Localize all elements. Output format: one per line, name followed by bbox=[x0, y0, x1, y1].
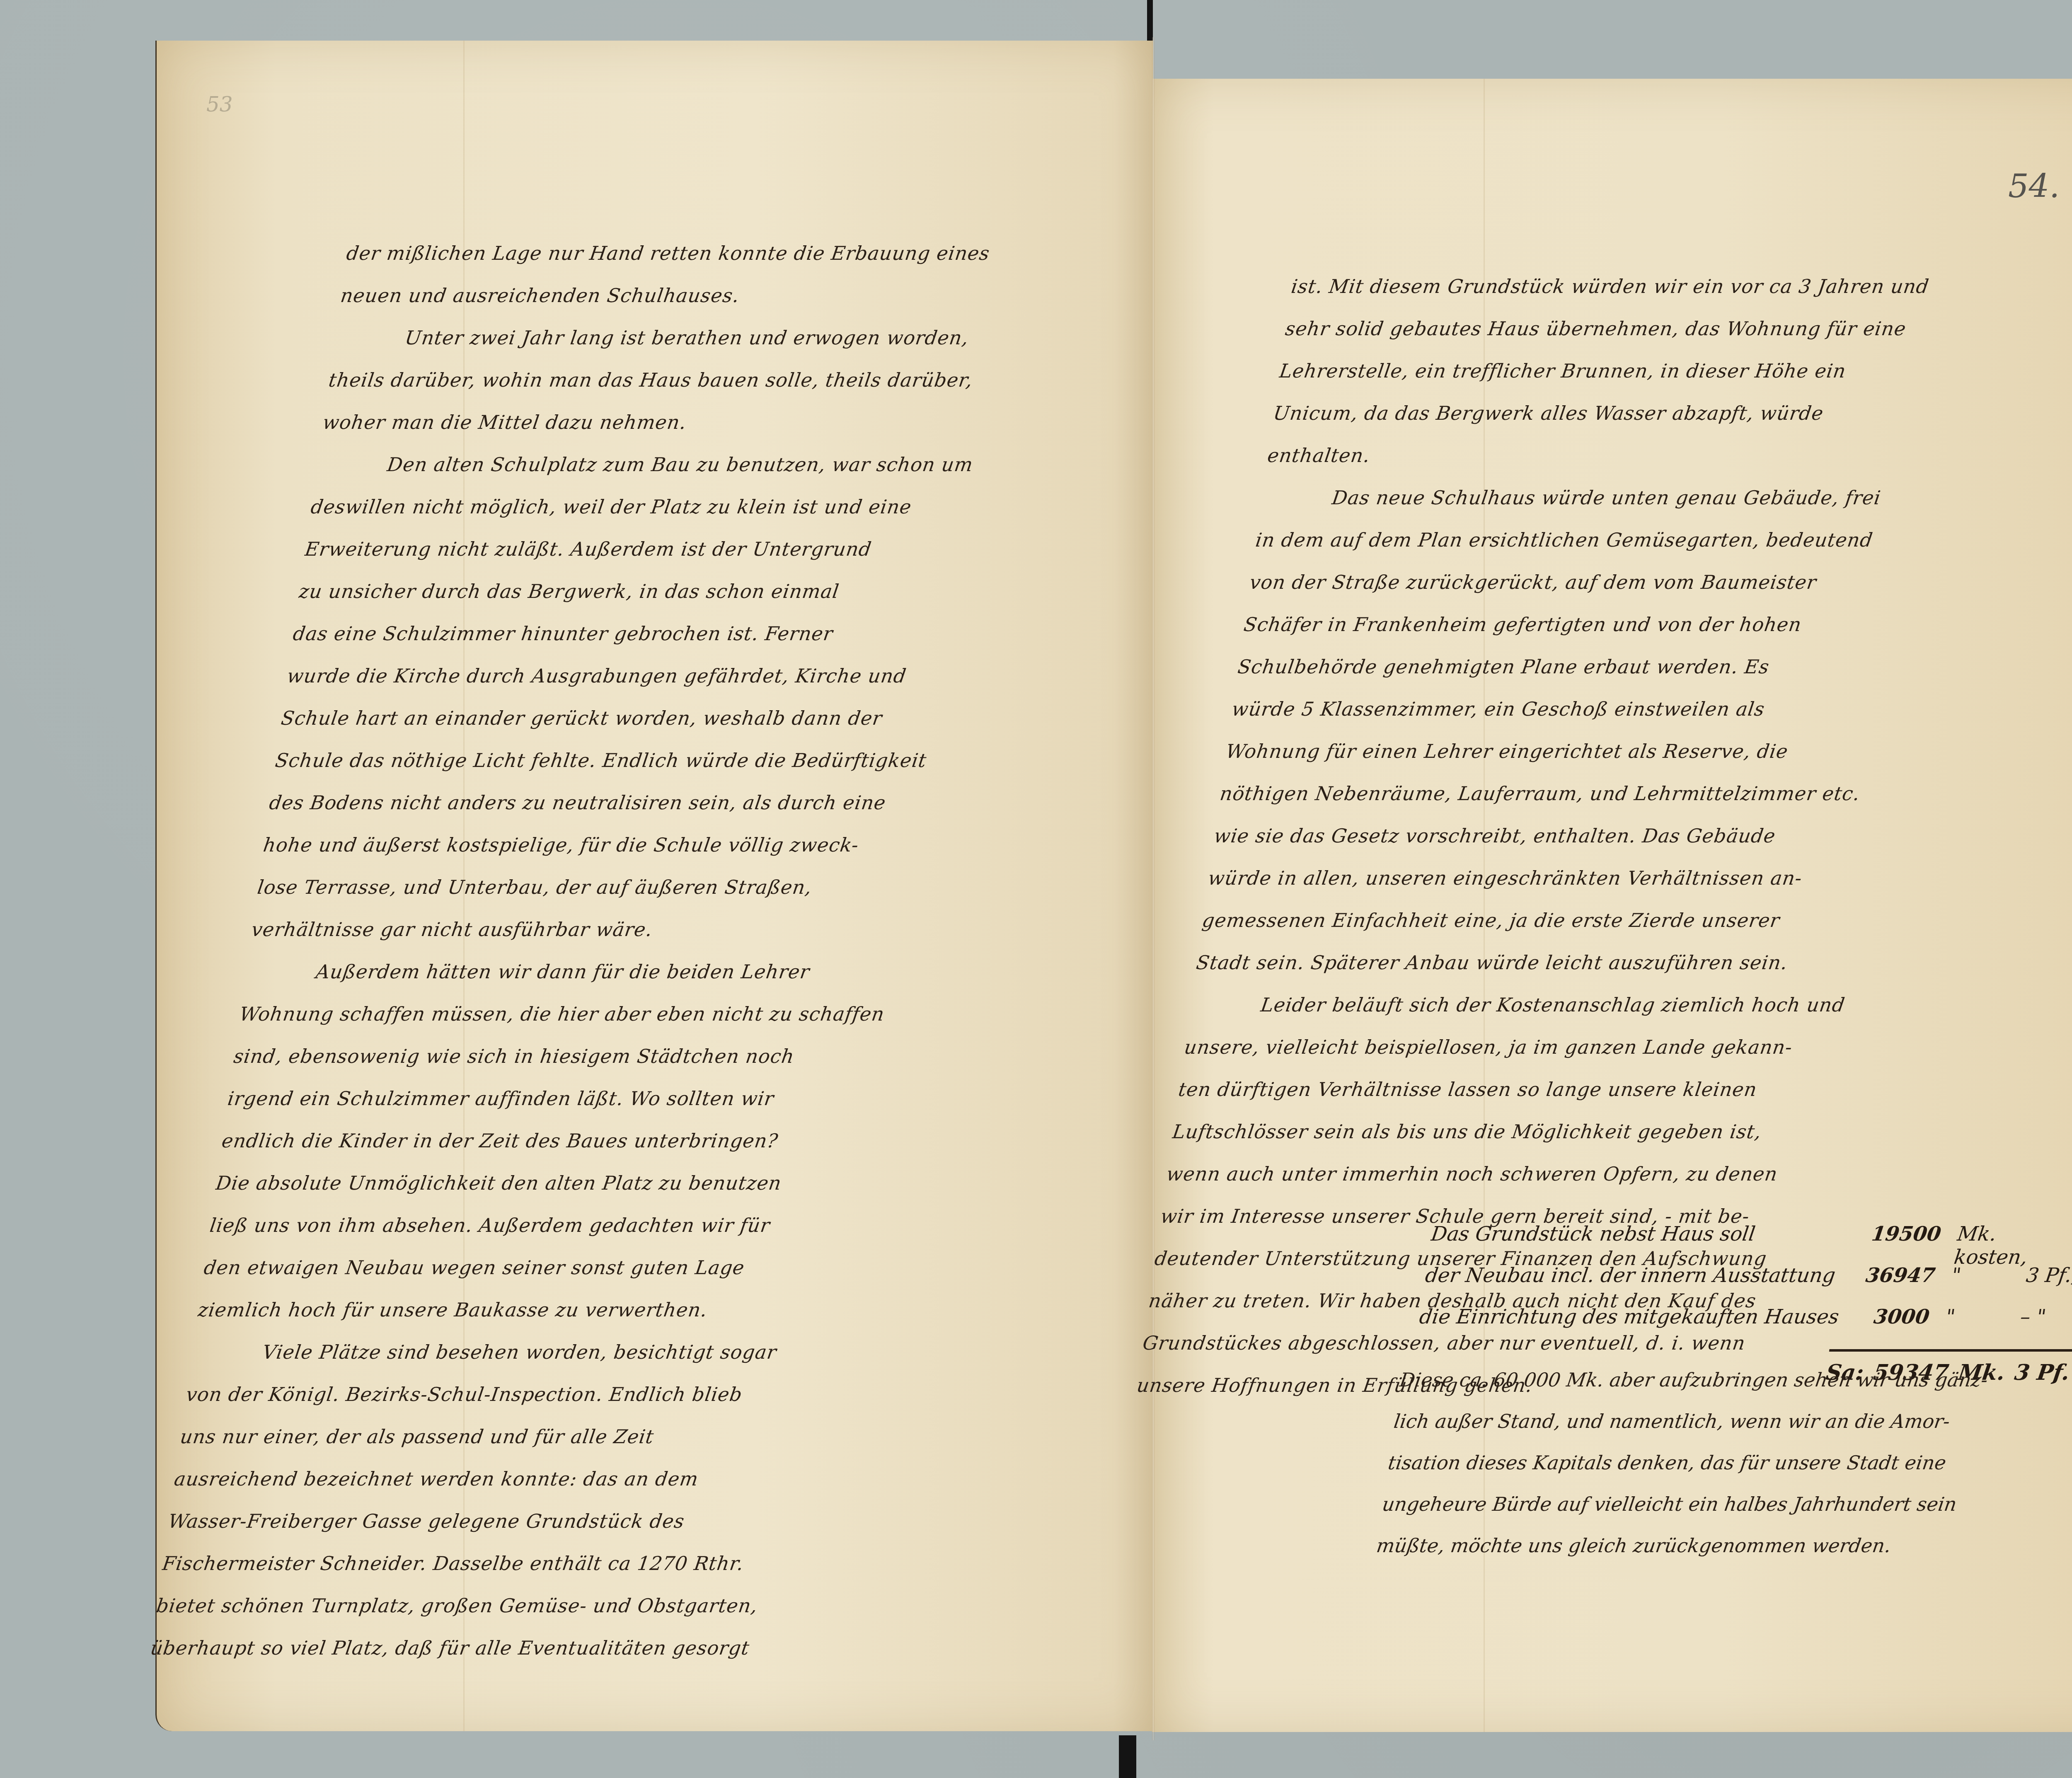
manuscript-line: nöthigen Nebenräume, Lauferraum, und Leh… bbox=[1217, 772, 2002, 815]
manuscript-line: Die absolute Unmöglichkeit den alten Pla… bbox=[213, 1162, 998, 1204]
manuscript-line: woher man die Mittel dazu nehmen. bbox=[320, 401, 1105, 443]
manuscript-line: der mißlichen Lage nur Hand retten konnt… bbox=[344, 232, 1128, 274]
manuscript-line: Wohnung für einen Lehrer eingerichtet al… bbox=[1223, 730, 2008, 772]
ledger-desc: der Neubau incl. der innern Ausstattung bbox=[1424, 1264, 1846, 1287]
manuscript-line: das eine Schulzimmer hinunter gebrochen … bbox=[290, 612, 1075, 655]
right-page-closing-text: Diese ca. 60 000 Mk. aber aufzubringen s… bbox=[1374, 1359, 2072, 1566]
manuscript-line: uns nur einer, der als passend und für a… bbox=[177, 1415, 962, 1458]
manuscript-line: endlich die Kinder in der Zeit des Baues… bbox=[219, 1120, 1004, 1162]
manuscript-line: Den alten Schulplatz zum Bau zu benutzen… bbox=[314, 443, 1099, 486]
manuscript-line: bietet schönen Turnplatz, großen Gemüse-… bbox=[154, 1584, 939, 1627]
folio-number: 54. bbox=[2008, 168, 2060, 205]
manuscript-line: Wasser-Freiberger Gasse gelegene Grundst… bbox=[165, 1500, 950, 1542]
manuscript-line: Wohnung schaffen müssen, die hier aber e… bbox=[237, 993, 1021, 1035]
manuscript-line: Schule hart an einander gerückt worden, … bbox=[278, 697, 1063, 739]
manuscript-line: von der Straße zurückgerückt, auf dem vo… bbox=[1247, 561, 2032, 603]
manuscript-line: ungeheure Bürde auf vielleicht ein halbe… bbox=[1380, 1483, 2072, 1525]
manuscript-line: müßte, möchte uns gleich zurückgenommen … bbox=[1374, 1525, 2072, 1566]
manuscript-line: hohe und äußerst kostspielige, für die S… bbox=[261, 824, 1046, 866]
manuscript-line: Schäfer in Frankenheim gefertigten und v… bbox=[1241, 603, 2026, 646]
ledger-desc: Das Grundstück nebst Haus soll bbox=[1430, 1222, 1852, 1246]
manuscript-line: wie sie das Gesetz vorschreibt, enthalte… bbox=[1211, 815, 1996, 857]
manuscript-line: sehr solid gebautes Haus übernehmen, das… bbox=[1283, 307, 2067, 350]
ledger-amount: 19500 bbox=[1848, 1222, 1943, 1246]
manuscript-line: Leider beläuft sich der Kostenanschlag z… bbox=[1187, 984, 1972, 1026]
manuscript-line: theils darüber, wohin man das Haus bauen… bbox=[326, 359, 1111, 401]
ledger-amount: 3000 bbox=[1837, 1305, 1931, 1328]
manuscript-line: würde 5 Klassenzimmer, ein Geschoß einst… bbox=[1229, 688, 2014, 730]
ledger-row-building: der Neubau incl. der innern Ausstattung … bbox=[1421, 1264, 2072, 1305]
manuscript-line: Das neue Schulhaus würde unten genau Geb… bbox=[1259, 477, 2044, 519]
sum-rule bbox=[1829, 1349, 2072, 1352]
manuscript-line: Lehrerstelle, ein trefflicher Brunnen, i… bbox=[1277, 350, 2062, 392]
manuscript-line: Diese ca. 60 000 Mk. aber aufzubringen s… bbox=[1397, 1359, 2072, 1401]
spine-fold bbox=[1152, 37, 1155, 1740]
ledger-unit: Mk. kosten, bbox=[1936, 1222, 2032, 1269]
pencil-mark: 53 bbox=[206, 92, 233, 116]
manuscript-line: Schulbehörde genehmigten Plane erbaut we… bbox=[1235, 646, 2020, 688]
manuscript-line: würde in allen, unseren eingeschränkten … bbox=[1205, 857, 1990, 899]
manuscript-line: in dem auf dem Plan ersichtlichen Gemüse… bbox=[1253, 519, 2038, 561]
ledger-row-furnishing: die Einrichtung des mitgekauften Hauses … bbox=[1415, 1305, 2072, 1347]
binding-clip-bottom bbox=[1119, 1735, 1136, 1778]
ledger-pfennig: – " bbox=[2007, 1305, 2072, 1328]
manuscript-line: tisation dieses Kapitals denken, das für… bbox=[1385, 1442, 2072, 1483]
ledger-pfennig: 3 Pf., bbox=[2012, 1264, 2072, 1287]
manuscript-line: ist. Mit diesem Grundstück würden wir ei… bbox=[1288, 265, 2072, 307]
manuscript-line: wurde die Kirche durch Ausgrabungen gefä… bbox=[284, 655, 1069, 697]
manuscript-line: ausreichend bezeichnet werden konnte: da… bbox=[172, 1458, 956, 1500]
manuscript-line: von der Königl. Bezirks-Schul-Inspection… bbox=[183, 1373, 968, 1415]
manuscript-line: zu unsicher durch das Bergwerk, in das s… bbox=[296, 570, 1081, 612]
manuscript-line: ließ uns von ihm absehen. Außerdem gedac… bbox=[207, 1204, 992, 1246]
manuscript-line: des Bodens nicht anders zu neutralisiren… bbox=[266, 781, 1051, 824]
ledger-amount: 36947 bbox=[1842, 1264, 1937, 1287]
manuscript-line: verhältnisse gar nicht ausführbar wäre. bbox=[249, 908, 1034, 951]
manuscript-line: den etwaigen Neubau wegen seiner sonst g… bbox=[201, 1246, 986, 1289]
manuscript-line: Viele Plätze sind besehen worden, besich… bbox=[189, 1331, 974, 1373]
ledger-unit: " bbox=[1934, 1264, 2016, 1287]
manuscript-line: überhaupt so viel Platz, daß für alle Ev… bbox=[148, 1627, 932, 1669]
manuscript-line: Erweiterung nicht zuläßt. Außerdem ist d… bbox=[302, 528, 1087, 570]
manuscript-line: irgend ein Schulzimmer auffinden läßt. W… bbox=[225, 1077, 1010, 1120]
manuscript-line: neuen und ausreichenden Schulhauses. bbox=[338, 274, 1123, 317]
manuscript-line: Stadt sein. Späterer Anbau würde leicht … bbox=[1193, 941, 1978, 984]
manuscript-line: deswillen nicht möglich, weil der Platz … bbox=[308, 486, 1093, 528]
manuscript-line: Außerdem hätten wir dann für die beiden … bbox=[243, 951, 1028, 993]
manuscript-line: gemessenen Einfachheit eine, ja die erst… bbox=[1199, 899, 1984, 941]
ledger-unit: " bbox=[1928, 1305, 2010, 1328]
ledger-desc: die Einrichtung des mitgekauften Hauses … bbox=[1418, 1305, 1840, 1328]
manuscript-line: Schule das nöthige Licht fehlte. Endlich… bbox=[272, 739, 1057, 781]
manuscript-line: enthalten. bbox=[1265, 434, 2050, 477]
manuscript-line: Luftschlösser sein als bis uns die Mögli… bbox=[1169, 1110, 1954, 1153]
manuscript-line: wenn auch unter immerhin noch schweren O… bbox=[1164, 1153, 1949, 1195]
manuscript-line: sind, ebensowenig wie sich in hiesigem S… bbox=[231, 1035, 1016, 1077]
manuscript-line: lich außer Stand, und namentlich, wenn w… bbox=[1391, 1401, 2072, 1442]
ledger-row-land: Das Grundstück nebst Haus soll 19500 Mk.… bbox=[1427, 1222, 2072, 1264]
manuscript-line: ten dürftigen Verhältnisse lassen so lan… bbox=[1176, 1068, 1961, 1110]
manuscript-line: Unter zwei Jahr lang ist berathen und er… bbox=[332, 317, 1117, 359]
manuscript-line: unsere, vielleicht beispiellosen, ja im … bbox=[1181, 1026, 1966, 1068]
manuscript-line: Fischermeister Schneider. Dasselbe enthä… bbox=[160, 1542, 944, 1584]
manuscript-line: lose Terrasse, und Unterbau, der auf äuß… bbox=[254, 866, 1039, 908]
manuscript-line: ziemlich hoch für unsere Baukasse zu ver… bbox=[195, 1289, 980, 1331]
manuscript-line: Unicum, da das Bergwerk alles Wasser abz… bbox=[1271, 392, 2055, 434]
